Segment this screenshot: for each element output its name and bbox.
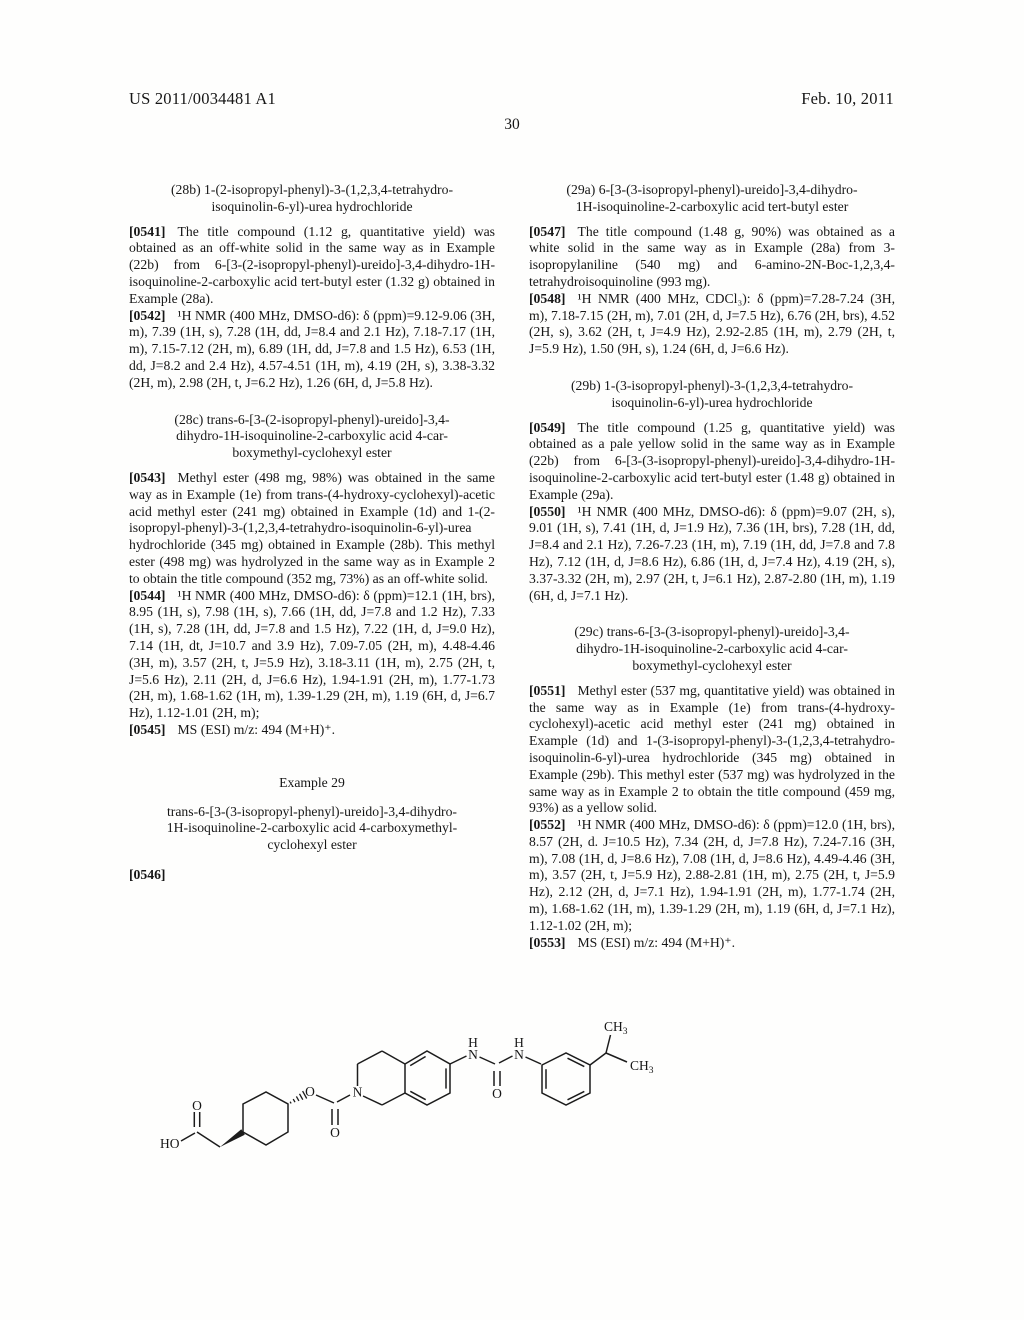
example-29-title: Example 29	[129, 775, 495, 792]
example-29-compound-name: trans-6-[3-(3-isopropyl-phenyl)-ureido]-…	[139, 804, 485, 854]
urea-oxygen-label: O	[492, 1086, 502, 1101]
two-column-body: (28b) 1-(2-isopropyl-phenyl)-3-(1,2,3,4-…	[129, 180, 895, 951]
para-text: ¹H NMR (400 MHz, DMSO-d6): δ (ppm)=9.07 …	[529, 504, 895, 603]
ester-oxygen-label: O	[305, 1084, 315, 1099]
section-heading-29a: (29a) 6-[3-(3-isopropyl-phenyl)-ureido]-…	[539, 182, 885, 216]
methyl-label-right: CH3	[630, 1058, 654, 1076]
para-text: ¹H NMR (400 MHz, CDCl₃): δ (ppm)=7.28-7.…	[529, 291, 895, 356]
paragraph-0543: [0543]Methyl ester (498 mg, 98%) was obt…	[129, 470, 495, 588]
paragraph-0549: [0549]The title compound (1.25 g, quanti…	[529, 420, 895, 504]
paragraph-0547: [0547]The title compound (1.48 g, 90%) w…	[529, 224, 895, 291]
para-tag: [0544]	[129, 588, 166, 603]
paragraph-0545: [0545]MS (ESI) m/z: 494 (M+H)⁺.	[129, 722, 495, 739]
para-tag: [0546]	[129, 867, 166, 882]
para-tag: [0548]	[529, 291, 566, 306]
para-text: The title compound (1.12 g, quantitative…	[129, 224, 495, 306]
paragraph-0541: [0541]The title compound (1.12 g, quanti…	[129, 224, 495, 308]
carbamate-oxygen-label: O	[330, 1125, 340, 1140]
para-text: The title compound (1.25 g, quantitative…	[529, 420, 895, 502]
page-number: 30	[0, 116, 1024, 134]
patent-page: US 2011/0034481 A1 Feb. 10, 2011 30 (28b…	[0, 0, 1024, 1320]
carbonyl-oxygen-label: O	[192, 1098, 202, 1113]
paragraph-0546: [0546]	[129, 867, 495, 884]
para-text: ¹H NMR (400 MHz, DMSO-d6): δ (ppm)=12.0 …	[529, 817, 895, 933]
methyl-label-top: CH3	[604, 1019, 628, 1037]
paragraph-0552: [0552]¹H NMR (400 MHz, DMSO-d6): δ (ppm)…	[529, 817, 895, 935]
isoquinoline-benzene-ring	[405, 1051, 450, 1105]
cyclohexane-ring	[243, 1092, 288, 1145]
section-heading-29c: (29c) trans-6-[3-(3-isopropyl-phenyl)-ur…	[539, 624, 885, 674]
publication-date: Feb. 10, 2011	[801, 89, 894, 109]
para-text: MS (ESI) m/z: 494 (M+H)⁺.	[578, 935, 736, 950]
para-text: MS (ESI) m/z: 494 (M+H)⁺.	[178, 722, 336, 737]
para-tag: [0542]	[129, 308, 166, 323]
section-heading-28b: (28b) 1-(2-isopropyl-phenyl)-3-(1,2,3,4-…	[139, 182, 485, 216]
paragraph-0548: [0548]¹H NMR (400 MHz, CDCl₃): δ (ppm)=7…	[529, 291, 895, 358]
para-tag: [0543]	[129, 470, 166, 485]
patent-number: US 2011/0034481 A1	[129, 89, 276, 109]
paragraph-0542: [0542]¹H NMR (400 MHz, DMSO-d6): δ (ppm)…	[129, 308, 495, 392]
ring-nitrogen-label: N	[353, 1085, 363, 1100]
para-tag: [0541]	[129, 224, 166, 239]
para-tag: [0545]	[129, 722, 166, 737]
chemical-structure-figure: HO O O O N	[140, 1002, 700, 1192]
para-tag: [0551]	[529, 683, 566, 698]
page-header: US 2011/0034481 A1 Feb. 10, 2011	[129, 89, 894, 109]
paragraph-0553: [0553]MS (ESI) m/z: 494 (M+H)⁺.	[529, 935, 895, 952]
section-heading-29b: (29b) 1-(3-isopropyl-phenyl)-3-(1,2,3,4-…	[539, 378, 885, 412]
amide-nitrogen-label: N	[468, 1047, 478, 1062]
paragraph-0550: [0550]¹H NMR (400 MHz, DMSO-d6): δ (ppm)…	[529, 504, 895, 605]
hydroxyl-label: HO	[160, 1136, 180, 1151]
para-text: ¹H NMR (400 MHz, DMSO-d6): δ (ppm)=9.12-…	[129, 308, 495, 390]
para-text: ¹H NMR (400 MHz, DMSO-d6): δ (ppm)=12.1 …	[129, 588, 495, 721]
phenyl-ring	[542, 1053, 590, 1105]
paragraph-0551: [0551]Methyl ester (537 mg, quantitative…	[529, 683, 895, 817]
para-tag: [0547]	[529, 224, 566, 239]
para-tag: [0550]	[529, 504, 566, 519]
left-column: (28b) 1-(2-isopropyl-phenyl)-3-(1,2,3,4-…	[129, 180, 495, 951]
right-column: (29a) 6-[3-(3-isopropyl-phenyl)-ureido]-…	[529, 180, 895, 951]
para-text: Methyl ester (498 mg, 98%) was obtained …	[129, 470, 495, 586]
paragraph-0544: [0544]¹H NMR (400 MHz, DMSO-d6): δ (ppm)…	[129, 588, 495, 722]
para-tag: [0549]	[529, 420, 566, 435]
para-tag: [0553]	[529, 935, 566, 950]
section-heading-28c: (28c) trans-6-[3-(2-isopropyl-phenyl)-ur…	[139, 412, 485, 462]
para-tag: [0552]	[529, 817, 566, 832]
chemical-structure-drawing: HO O O O N	[140, 1002, 700, 1192]
amide-nitrogen-label-2: N	[514, 1047, 524, 1062]
para-text: The title compound (1.48 g, 90%) was obt…	[529, 224, 895, 289]
bold-wedge-bond	[220, 1129, 245, 1147]
para-text: Methyl ester (537 mg, quantitative yield…	[529, 683, 895, 816]
